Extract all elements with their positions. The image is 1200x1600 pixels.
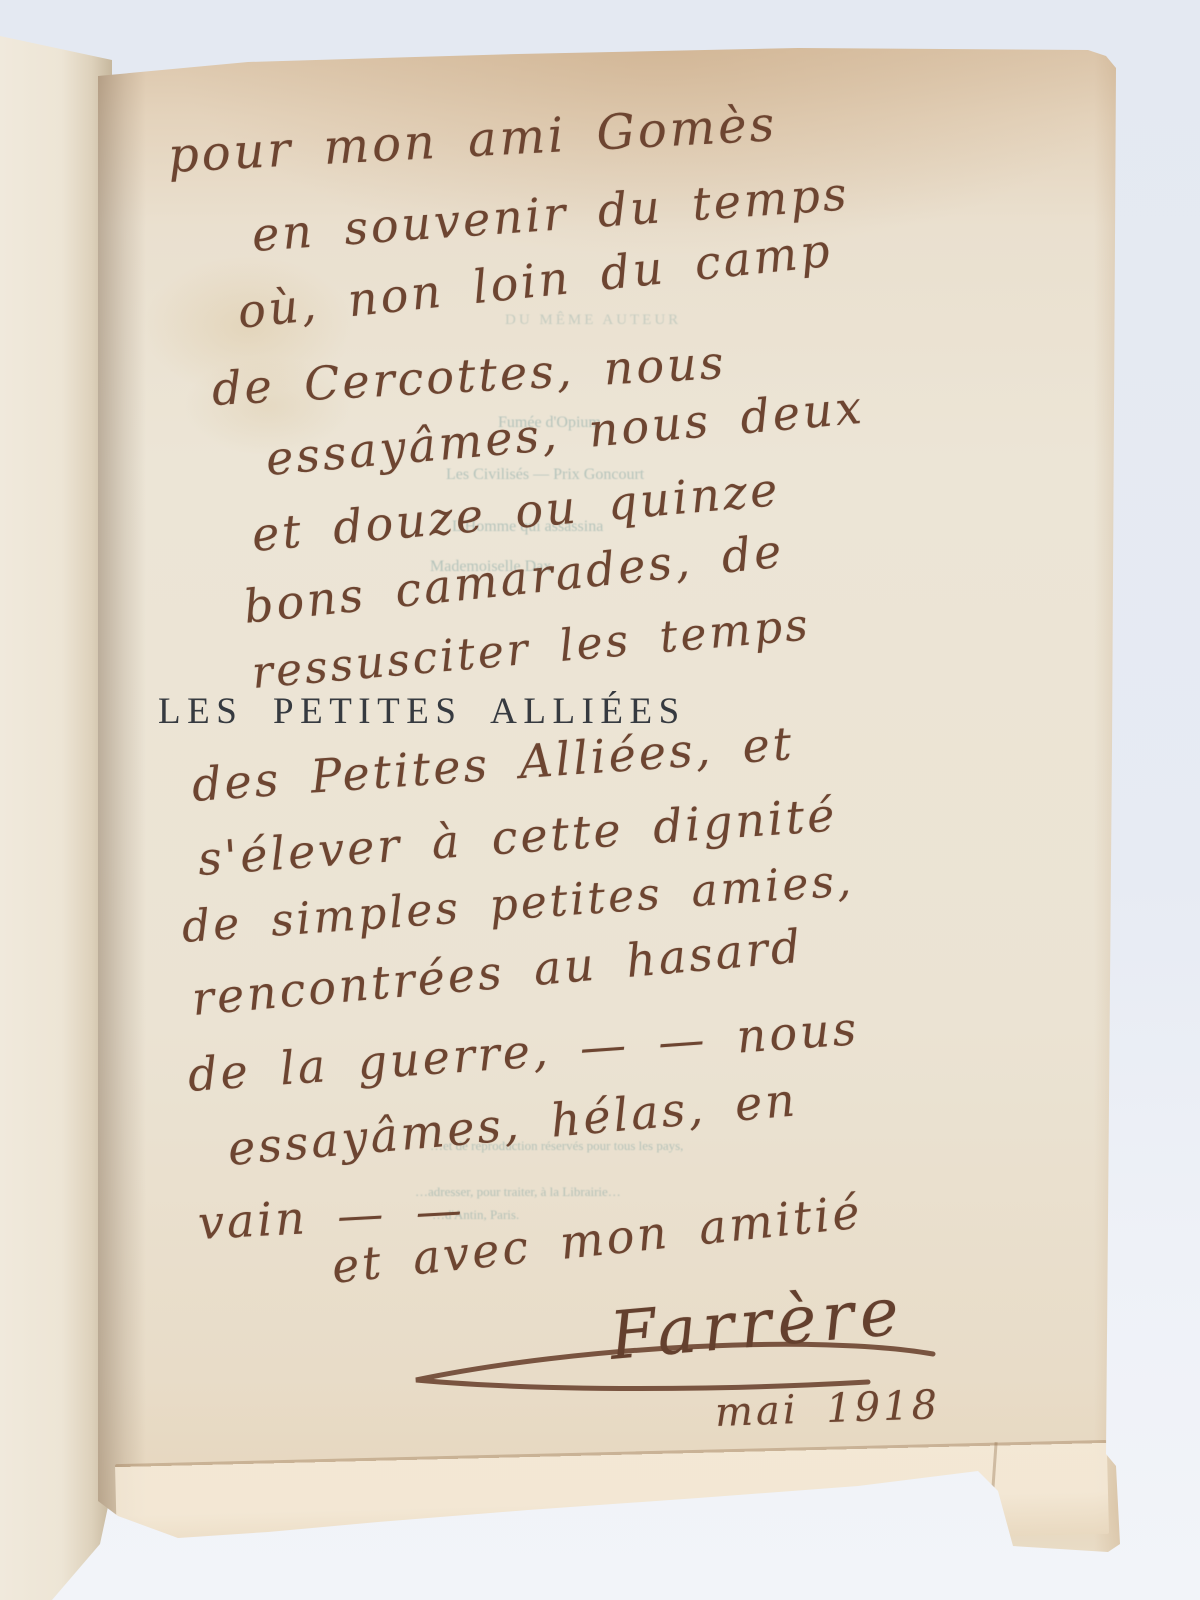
bottom-crease <box>115 1440 1109 1558</box>
gutter-shadow <box>98 46 146 1556</box>
book-photo: DU MÊME AUTEUR Fumée d'Opium Les Civilis… <box>0 0 1200 1600</box>
inscription-date: mai 1918 <box>714 1382 941 1436</box>
show-through-header: DU MÊME AUTEUR <box>505 312 681 329</box>
left-facing-page <box>0 0 112 1600</box>
inscribed-book-page: DU MÊME AUTEUR Fumée d'Opium Les Civilis… <box>98 46 1124 1556</box>
printed-half-title: LES PETITES ALLIÉES <box>158 690 686 733</box>
inscription-line-1: pour mon ami Gomès <box>167 96 779 184</box>
